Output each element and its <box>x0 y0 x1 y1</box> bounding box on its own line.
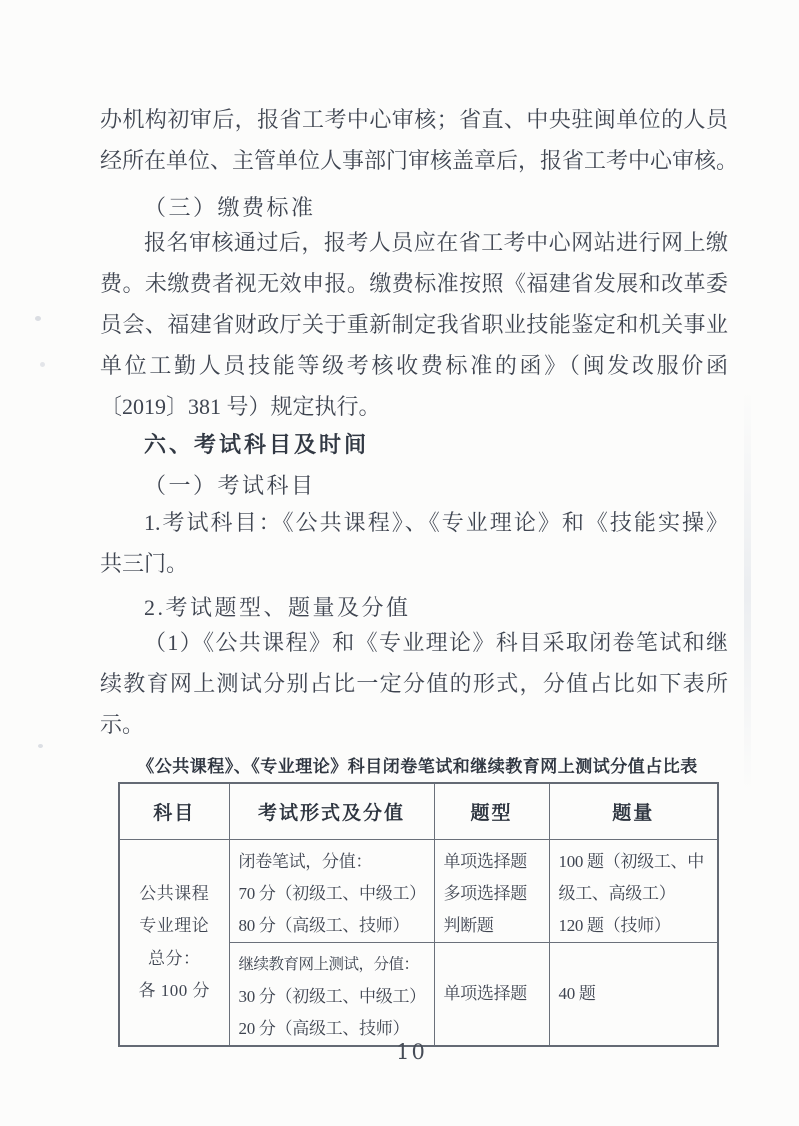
paragraph-payment-detail: 报名审核通过后，报考人员应在省工考中心网站进行网上缴 费。未缴费者视无效申报。缴… <box>100 222 728 427</box>
cell-line: 100 题（初级工、中 <box>559 846 714 878</box>
col-header-form: 考试形式及分值 <box>229 783 434 840</box>
paragraph-score-ratio: （1）《公共课程》和《专业理论》科目采取闭卷笔试和继 续教育网上测试分别占比一定… <box>100 622 728 745</box>
scan-speck <box>38 744 43 748</box>
cell-line: 级工、高级工） <box>559 878 714 910</box>
text-line: 1.考试科目：《公共课程》、《专业理论》和《技能实操》 <box>100 502 728 543</box>
cell-types-written: 单项选择题 多项选择题 判断题 <box>434 840 549 943</box>
heading-exam-subjects: （一）考试科目 <box>100 465 728 506</box>
text-line: 〔2019〕381 号）规定执行。 <box>100 386 728 427</box>
text-line: 费。未缴费者视无效申报。缴费标准按照《福建省发展和改革委 <box>100 263 728 304</box>
text-line: （1）《公共课程》和《专业理论》科目采取闭卷笔试和继 <box>100 622 728 663</box>
cell-form-written: 闭卷笔试，分值： 70 分（初级工、中级工） 80 分（高级工、技师） <box>229 840 434 943</box>
scan-streak <box>744 388 751 793</box>
table-row-written-exam: 公共课程 专业理论 总分： 各 100 分 闭卷笔试，分值： 70 分（初级工、… <box>119 840 718 943</box>
text-line: 报名审核通过后，报考人员应在省工考中心网站进行网上缴 <box>100 222 728 263</box>
col-header-quantity: 题量 <box>549 783 718 840</box>
text-line: 经所在单位、主管单位人事部门审核盖章后，报省工考中心审核。 <box>100 140 728 181</box>
score-ratio-table: 科目 考试形式及分值 题型 题量 公共课程 专业理论 总分： 各 100 分 闭… <box>118 782 719 1047</box>
text-line: 员会、福建省财政厅关于重新制定我省职业技能鉴定和机关事业 <box>100 304 728 345</box>
cell-line: 单项选择题 <box>444 846 545 878</box>
text-line: （一）考试科目 <box>100 465 728 506</box>
cell-line: 30 分（初级工、中级工） <box>239 981 430 1013</box>
cell-line: 专业理论 <box>120 910 229 943</box>
cell-line: 各 100 分 <box>120 975 229 1008</box>
cell-quantity-written: 100 题（初级工、中 级工、高级工） 120 题（技师） <box>549 840 718 943</box>
page-number: 10 <box>0 1040 799 1064</box>
document-page: 办机构初审后，报省工考中心审核；省直、中央驻闽单位的人员 经所在单位、主管单位人… <box>0 0 799 1126</box>
text-line: 续教育网上测试分别占比一定分值的形式，分值占比如下表所 <box>100 663 728 704</box>
table-header-row: 科目 考试形式及分值 题型 题量 <box>119 783 718 840</box>
cell-types-online: 单项选择题 <box>434 943 549 1047</box>
text-line: 六、考试科目及时间 <box>100 424 728 465</box>
col-header-subject: 科目 <box>119 783 229 840</box>
cell-line: 70 分（初级工、中级工） <box>239 878 430 910</box>
cell-line: 40 题 <box>559 978 714 1010</box>
table-title: 《公共课程》、《专业理论》科目闭卷笔试和继续教育网上测试分值占比表 <box>112 752 723 777</box>
text-line: 共三门。 <box>100 543 728 584</box>
cell-line: 120 题（技师） <box>559 910 714 942</box>
cell-line: 继续教育网上测试，分值： <box>239 949 430 981</box>
col-header-type: 题型 <box>434 783 549 840</box>
cell-quantity-online: 40 题 <box>549 943 718 1047</box>
paragraph-subject-list: 1.考试科目：《公共课程》、《专业理论》和《技能实操》 共三门。 <box>100 502 728 584</box>
cell-line: 多项选择题 <box>444 878 545 910</box>
cell-line: 总分： <box>120 943 229 976</box>
heading-exam-subjects-time: 六、考试科目及时间 <box>100 424 728 465</box>
scan-speck <box>40 362 45 367</box>
cell-line: 80 分（高级工、技师） <box>239 910 430 942</box>
cell-line: 闭卷笔试，分值： <box>239 846 430 878</box>
cell-line: 判断题 <box>444 910 545 942</box>
cell-line: 公共课程 <box>120 878 229 911</box>
cell-line: 单项选择题 <box>444 978 545 1010</box>
text-line: 单位工勤人员技能等级考核收费标准的函》（闽发改服价函 <box>100 345 728 386</box>
paragraph-review-process: 办机构初审后，报省工考中心审核；省直、中央驻闽单位的人员 经所在单位、主管单位人… <box>100 99 728 181</box>
text-line: 办机构初审后，报省工考中心审核；省直、中央驻闽单位的人员 <box>100 99 728 140</box>
cell-subject: 公共课程 专业理论 总分： 各 100 分 <box>119 840 229 1047</box>
cell-form-online: 继续教育网上测试，分值： 30 分（初级工、中级工） 20 分（高级工、技师） <box>229 943 434 1047</box>
scan-speck <box>35 316 41 321</box>
text-line: 示。 <box>100 704 728 745</box>
